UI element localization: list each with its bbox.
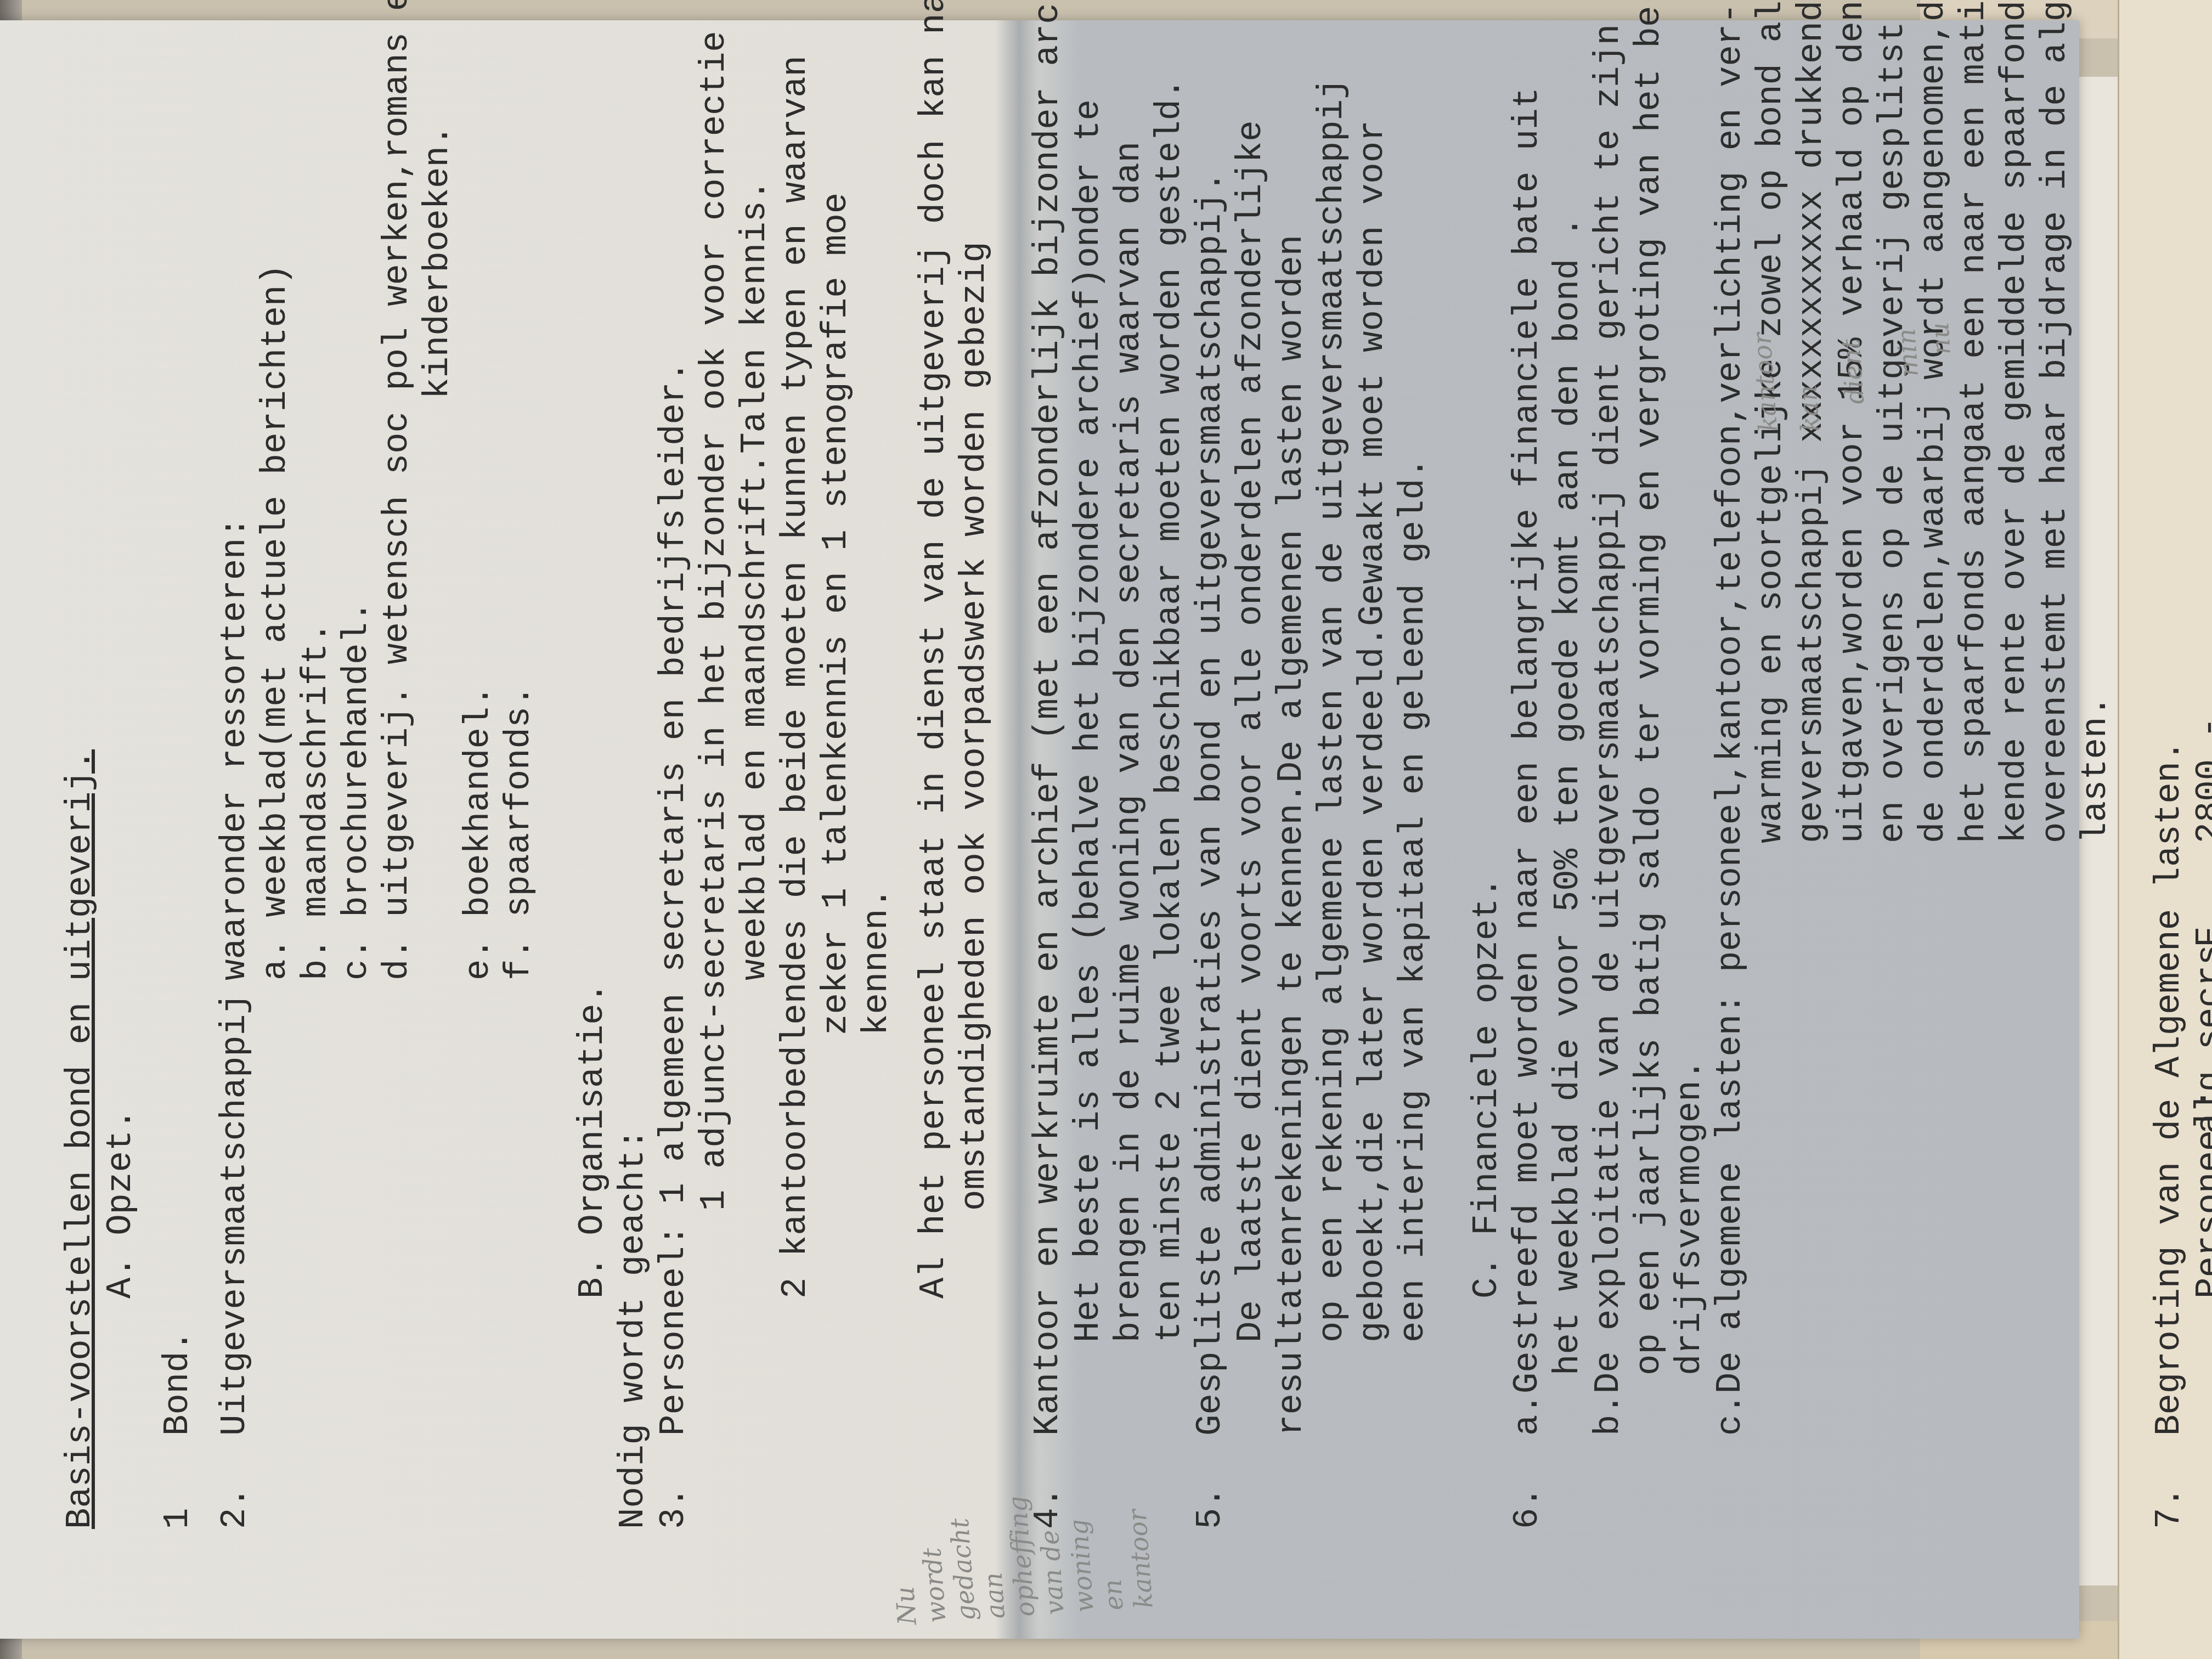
handwritten-budget-note: dient [1836,338,1870,405]
needed-label: Nodig wordt geacht: [613,92,654,1529]
item-3: 3. Personeel: 1 algemeen secretaris en b… [654,92,695,1529]
typewritten-page: Basis-voorstellen bond en uitgeverij. A.… [0,20,2079,1639]
item-1: 1 Bond. [158,92,199,1529]
handwritten-budget-note: nu [1925,321,1956,356]
item-2: 2. Uitgeversmaatschappij waaronder resso… [215,92,256,1529]
document-page-rotated: Basis-voorstellen bond en uitgeverij. A.… [0,20,2079,1639]
budget-row: Personeel: alg,secrs F 2800.- [2190,92,2212,1299]
item-7: 7. Begroting van de Algemene lasten. [2149,92,2190,1529]
handwritten-margin-note: Nu wordt gedacht aan opheffing van de wo… [885,1509,1158,1626]
item-6c: c. De algemene lasten: personeel,kantoor… [1711,92,1751,1529]
section-b-heading: B. Organisatie. [573,92,613,1529]
item-6b: b. De exploitatie van de uitgeversmaatsc… [1589,92,1629,1529]
section-c-heading: C. Financiele opzet. [1467,92,1508,1529]
section-a-heading: A. Opzet. [101,92,142,1529]
handwritten-budget-note: kan [1792,384,1825,432]
item-5: 5. Gesplitste administraties van bond en… [1190,92,1231,1529]
handwritten-budget-note: min [1891,328,1924,378]
item-6a: 6. a. Gestreefd moet worden naar een bel… [1508,92,1548,1529]
item-4: 4. Kantoor en werkruimte en archief (met… [1028,92,1069,1529]
budget-table: Personeel: alg,secrs F 2800.- adj.secrs … [2190,92,2212,1529]
publisher-departments-list: a. weekblad(met actuele berichten) b. ma… [256,92,540,1529]
document-title: Basis-voorstellen bond en uitgeverij. [60,92,101,1529]
